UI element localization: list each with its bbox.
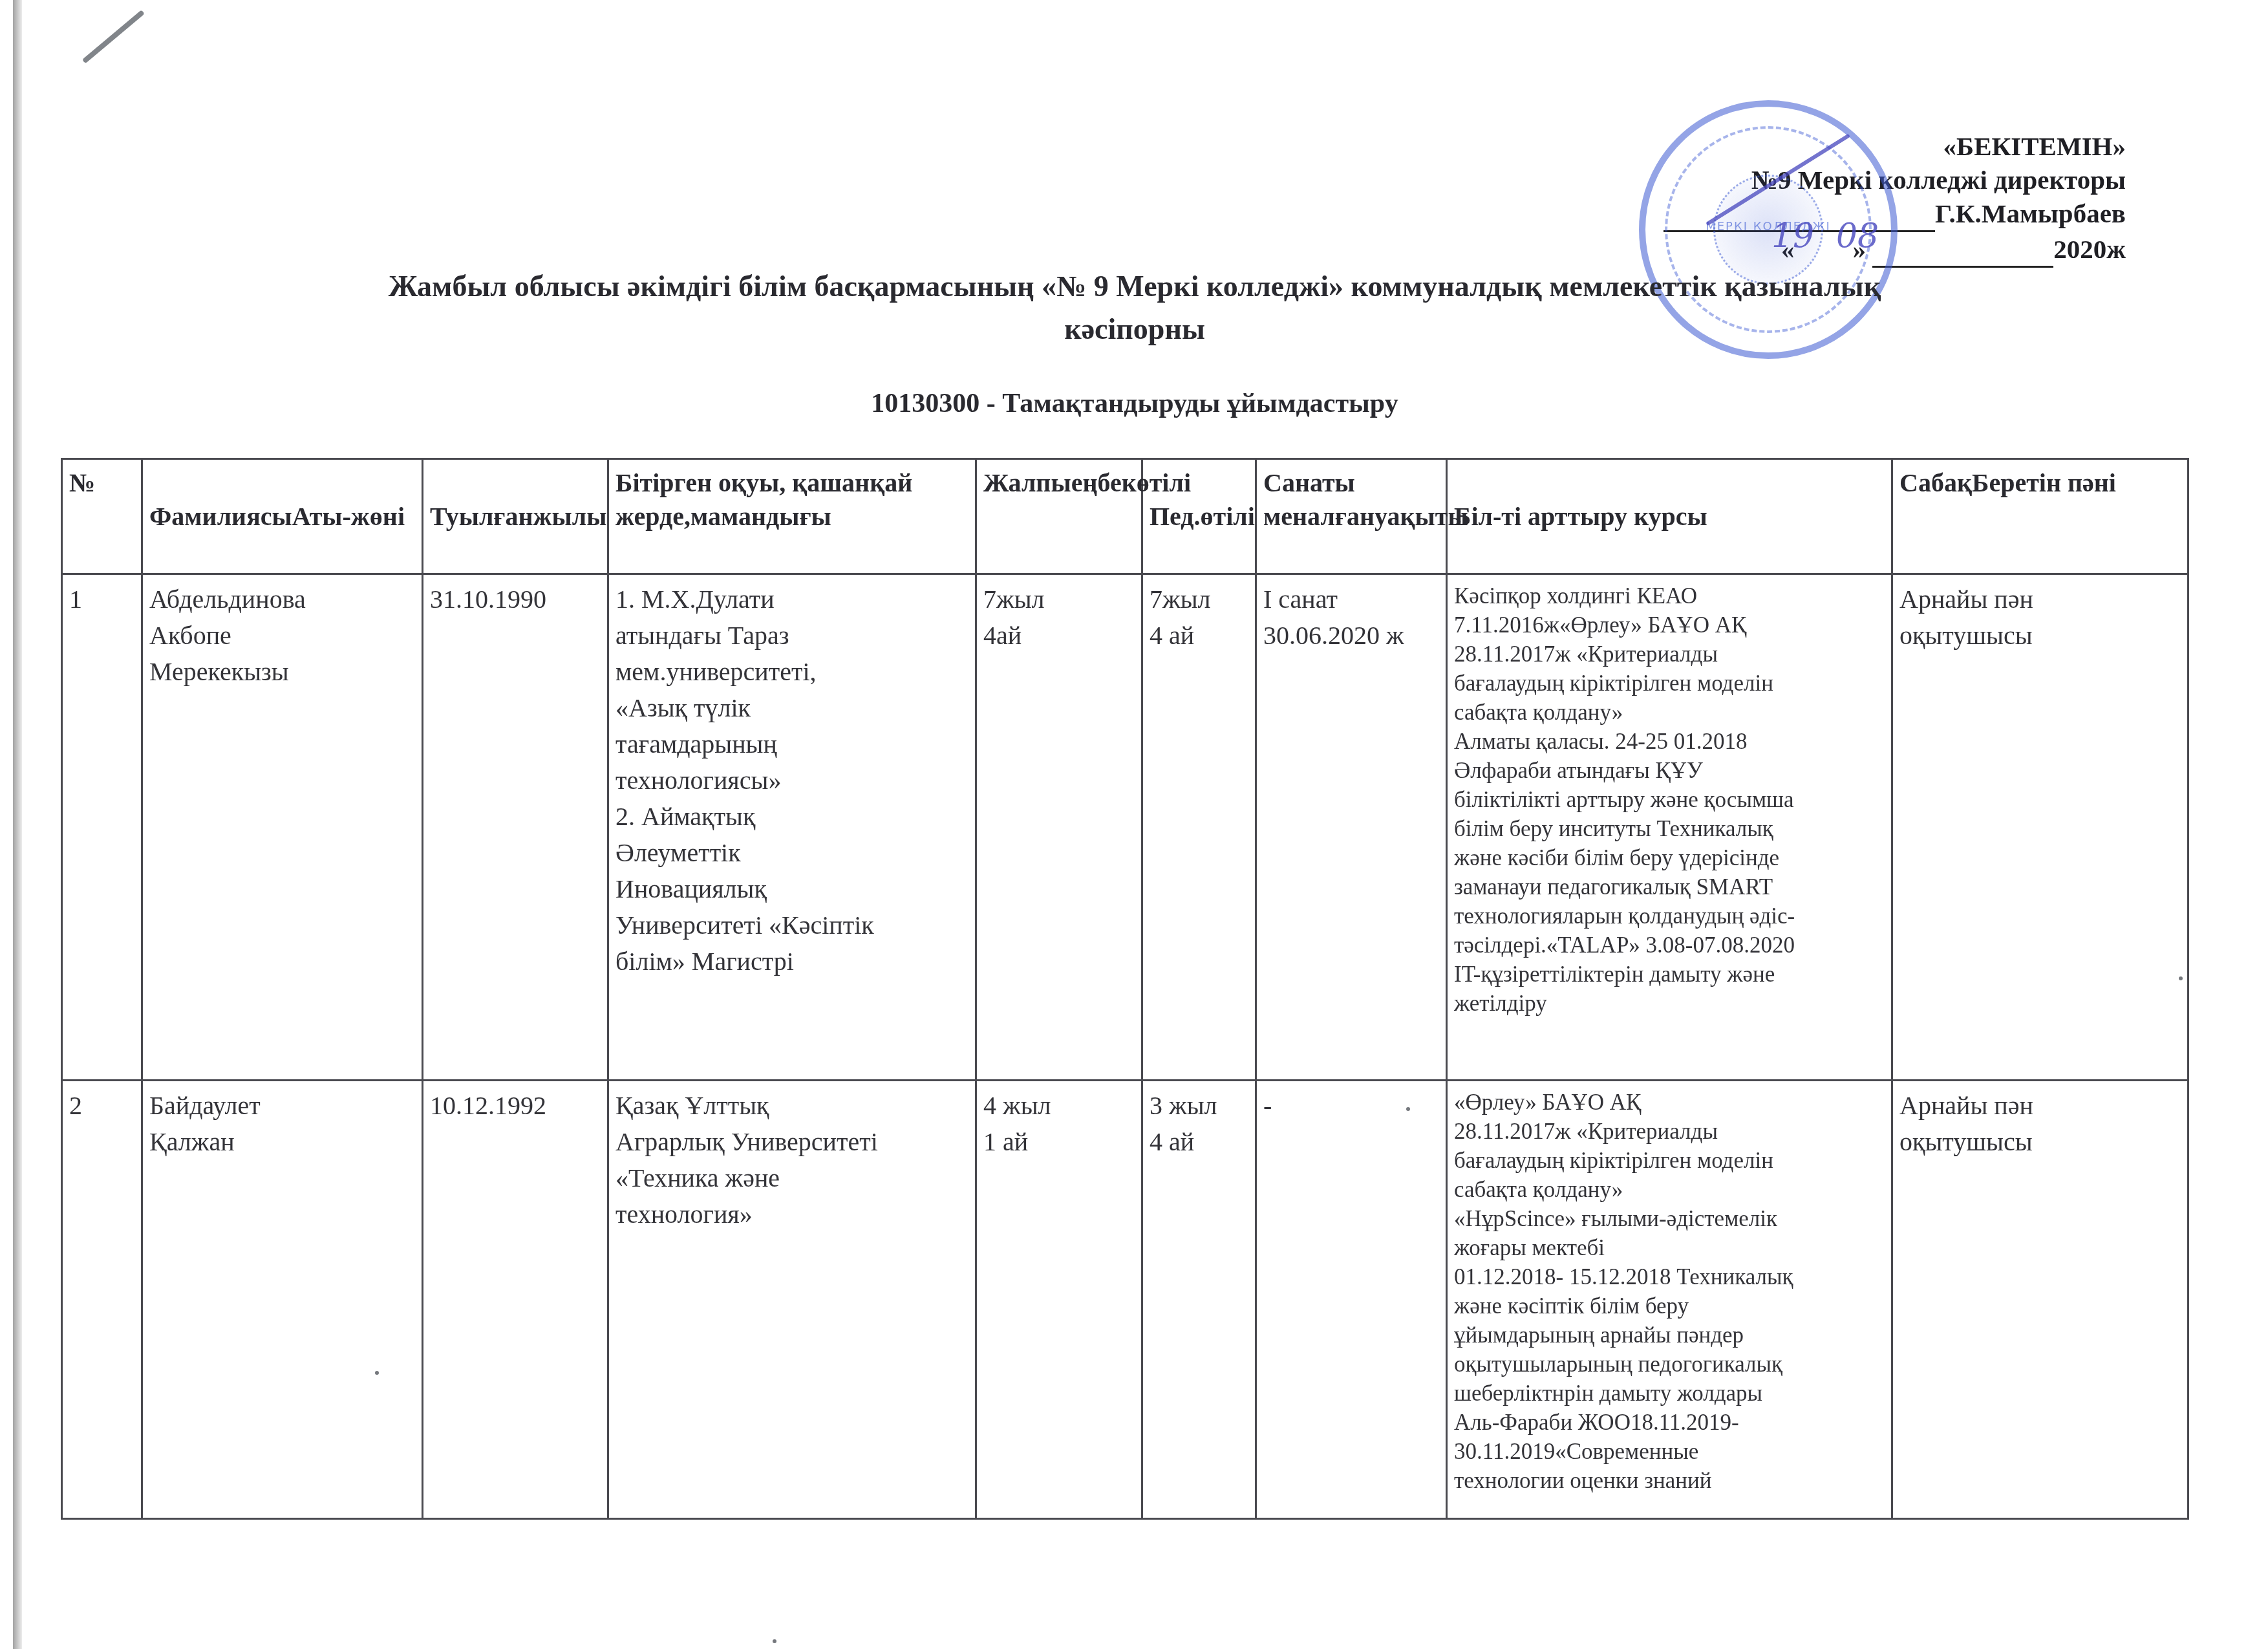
cell-line: заманауи педагогикалық SMART — [1454, 872, 1885, 901]
scan-speck — [1406, 1107, 1410, 1111]
cell-line: шеберліктнрін дамыту жолдары — [1454, 1379, 1885, 1408]
cell-birth: 10.12.1992 — [423, 1081, 608, 1519]
cell-line: Жалпы — [983, 468, 1071, 497]
cell-line: Пед. — [1150, 502, 1201, 531]
cell-category: І санат30.06.2020 ж — [1256, 574, 1447, 1081]
cell-ped-exp: 7жыл4 ай — [1142, 574, 1256, 1081]
cell-line: Акбопе — [149, 618, 415, 654]
cell-line: 30.06.2020 ж — [1263, 618, 1439, 654]
table-row: 1 АбдельдиноваАкбопеМерекекызы 31.10.199… — [62, 574, 2188, 1081]
cell-line: Қалжан — [149, 1124, 415, 1160]
cell-line: Аты-жөні — [292, 502, 405, 531]
cell-line: Қазақ Ұлттық — [615, 1088, 968, 1124]
cell-line: өтілі — [1201, 502, 1255, 531]
cell-line: сабақта қолдану» — [1454, 1175, 1885, 1204]
cell-line: 28.11.2017ж «Критериалды — [1454, 640, 1885, 669]
scan-edge — [13, 0, 22, 1649]
cell-line: жоғары мектебі — [1454, 1233, 1885, 1262]
cell-line: технологиясы» — [615, 762, 968, 799]
header-courses: Біл-ті арттыру курсы — [1447, 459, 1892, 574]
cell-line: 3 жыл — [1150, 1088, 1248, 1124]
approval-heading: «БЕКІТЕМІН» — [1664, 129, 2126, 163]
cell-line: Аль-Фараби ЖОО18.11.2019- — [1454, 1408, 1885, 1437]
cell-birth: 31.10.1990 — [423, 574, 608, 1081]
cell-line: технологии оценки знаний — [1454, 1466, 1885, 1495]
cell-line: IT-құзіреттіліктерін дамыту және — [1454, 960, 1885, 989]
cell-line: «НұрScince» ғылыми-әдістемелік — [1454, 1204, 1885, 1233]
scan-speck — [2179, 976, 2183, 980]
cell-line: 1 ай — [983, 1124, 1135, 1160]
table-row: 2 БайдаулетҚалжан 10.12.1992 Қазақ Ұлтты… — [62, 1081, 2188, 1519]
cell-ped-exp: 3 жыл4 ай — [1142, 1081, 1256, 1519]
cell-courses: «Өрлеу» БАҰО АҚ28.11.2017ж «Критериалдыб… — [1447, 1081, 1892, 1519]
document-title: Жамбыл облысы әкімдігі білім басқармасын… — [129, 265, 2140, 350]
header-birth: Туылғанжылы — [423, 459, 608, 574]
cell-line: Мерекекызы — [149, 654, 415, 690]
cell-education: Қазақ ҰлттықАграрлық Университеті«Техник… — [608, 1081, 976, 1519]
cell-line: Алматы қаласы. 24-25 01.2018 — [1454, 727, 1885, 756]
cell-line: және кәсіптік білім беру — [1454, 1291, 1885, 1320]
cell-name: БайдаулетҚалжан — [142, 1081, 423, 1519]
cell-line: біліктілікті арттыру және қосымша — [1454, 785, 1885, 814]
cell-line: оқытушыларының педогогикалық — [1454, 1350, 1885, 1379]
cell-line: 4 ай — [1150, 1124, 1248, 1160]
approval-date-line: «» 2020ж — [1664, 232, 2126, 268]
cell-line: Бітірген оқуы, қашан — [615, 468, 870, 497]
cell-line: 2. Аймақтық — [615, 799, 968, 835]
cell-line: Кәсіпқор холдингі КЕАО — [1454, 581, 1885, 610]
cell-line: «Техника және — [615, 1160, 968, 1196]
title-line-1: Жамбыл облысы әкімдігі білім басқармасын… — [129, 265, 2140, 308]
handwritten-day: 19 — [1771, 217, 1814, 255]
cell-line: Әлфараби атындағы ҚҰУ — [1454, 756, 1885, 785]
cell-line: Туылған — [430, 502, 533, 531]
date-month-blank — [1872, 232, 2053, 268]
cell-line: тәсілдері.«TALAP» 3.08-07.08.2020 — [1454, 931, 1885, 960]
cell-name: АбдельдиноваАкбопеМерекекызы — [142, 574, 423, 1081]
cell-line: пәні — [2061, 468, 2116, 497]
cell-line: Арнайы пән — [1899, 1088, 2181, 1124]
approval-signer: Г.К.Мамырбаев — [1935, 199, 2126, 228]
cell-subject: Арнайы пәноқытушысы — [1892, 574, 2188, 1081]
cell-line: 4 ай — [1150, 618, 1248, 654]
cell-line: алған — [1307, 502, 1375, 531]
cell-total-exp: 4 жыл1 ай — [976, 1081, 1142, 1519]
cell-line: Фамилиясы — [149, 502, 292, 531]
cell-courses: Кәсіпқор холдингі КЕАО7.11.2016ж«Өрлеу» … — [1447, 574, 1892, 1081]
cell-num: 2 — [62, 1081, 142, 1519]
cell-line: сабақта қолдану» — [1454, 698, 1885, 727]
title-line-2: кәсіпорны — [129, 308, 2140, 350]
header-category: Санаты меналғануақыты — [1256, 459, 1447, 574]
cell-line: «Азық түлік — [615, 690, 968, 726]
cell-line: Аграрлық Университеті — [615, 1124, 968, 1160]
cell-line: еңбек — [1071, 468, 1137, 497]
cell-line: мем.университеті, — [615, 654, 968, 690]
cell-line: 1. М.Х.Дулати — [615, 581, 968, 618]
handwritten-month: 08 — [1836, 217, 1879, 255]
specialty-title: 10130300 - Тамақтандыруды ұйымдастыру — [129, 388, 2140, 419]
cell-line: Беретін — [1972, 468, 2061, 497]
cell-line: 7жыл — [983, 581, 1135, 618]
cell-num: 1 — [62, 574, 142, 1081]
cell-line: оқытушысы — [1899, 618, 2181, 654]
cell-line: Абдельдинова — [149, 581, 415, 618]
cell-line: 28.11.2017ж «Критериалды — [1454, 1117, 1885, 1146]
cell-total-exp: 7жыл4ай — [976, 574, 1142, 1081]
staff-table: № ФамилиясыАты-жөні Туылғанжылы Бітірген… — [61, 458, 2189, 1520]
cell-line: мамандығы — [690, 502, 831, 531]
cell-category: - — [1256, 1081, 1447, 1519]
cell-line: Арнайы пән — [1899, 581, 2181, 618]
cell-line: тағамдарының — [615, 726, 968, 762]
cell-line: Сабақ — [1899, 468, 1972, 497]
cell-line: білім беру инситуты Техникалық — [1454, 814, 1885, 843]
cell-line: Университеті «Кәсіптік — [615, 907, 968, 943]
approval-position: №9 Меркі колледжі директоры — [1664, 163, 2126, 197]
cell-line: жетілдіру — [1454, 989, 1885, 1018]
cell-line: оқытушысы — [1899, 1124, 2181, 1160]
cell-line: І санат — [1263, 581, 1439, 618]
header-name: ФамилиясыАты-жөні — [142, 459, 423, 574]
cell-education: 1. М.Х.Дулатиатындағы Таразмем.университ… — [608, 574, 976, 1081]
cell-line: 7жыл — [1150, 581, 1248, 618]
header-subject: СабақБеретін пәні — [1892, 459, 2188, 574]
approval-block: «БЕКІТЕМІН» №9 Меркі колледжі директоры … — [1664, 129, 2126, 268]
cell-line: атындағы Тараз — [615, 618, 968, 654]
cell-line: жылы — [533, 502, 607, 531]
cell-line: 7.11.2016ж«Өрлеу» БАҰО АҚ — [1454, 610, 1885, 640]
cell-subject: Арнайы пәноқытушысы — [1892, 1081, 2188, 1519]
cell-line: 4ай — [983, 618, 1135, 654]
cell-line: - — [1263, 1088, 1439, 1124]
cell-line: және кәсіби білім беру үдерісінде — [1454, 843, 1885, 872]
table-header-row: № ФамилиясыАты-жөні Туылғанжылы Бітірген… — [62, 459, 2188, 574]
cell-line: 4 жыл — [983, 1088, 1135, 1124]
cell-line: 01.12.2018- 15.12.2018 Техникалық — [1454, 1262, 1885, 1291]
cell-line: бағалаудың кіріктірілген моделін — [1454, 669, 1885, 698]
approval-year: 2020ж — [2053, 234, 2126, 264]
cell-line: Иновациялық — [615, 871, 968, 907]
cell-line: өтілі — [1137, 468, 1191, 497]
header-num: № — [62, 459, 142, 574]
pen-mark — [82, 10, 145, 63]
approval-signer-line: Г.К.Мамырбаев — [1664, 197, 2126, 232]
cell-line: технология» — [615, 1196, 968, 1233]
cell-line: технологияларын қолданудың әдіс- — [1454, 901, 1885, 931]
scan-speck — [375, 1371, 379, 1375]
cell-line: 30.11.2019«Современные — [1454, 1437, 1885, 1466]
header-total-exp: Жалпыеңбекөтілі — [976, 459, 1142, 574]
cell-line: Әлеуметтік — [615, 835, 968, 871]
cell-line: ұйымдарының арнайы пәндер — [1454, 1320, 1885, 1350]
cell-line: Байдаулет — [149, 1088, 415, 1124]
cell-line: бағалаудың кіріктірілген моделін — [1454, 1146, 1885, 1175]
cell-line: білім» Магистрі — [615, 943, 968, 980]
cell-line: «Өрлеу» БАҰО АҚ — [1454, 1088, 1885, 1117]
header-education: Бітірген оқуы, қашанқай жерде,мамандығы — [608, 459, 976, 574]
scan-speck — [773, 1639, 776, 1643]
